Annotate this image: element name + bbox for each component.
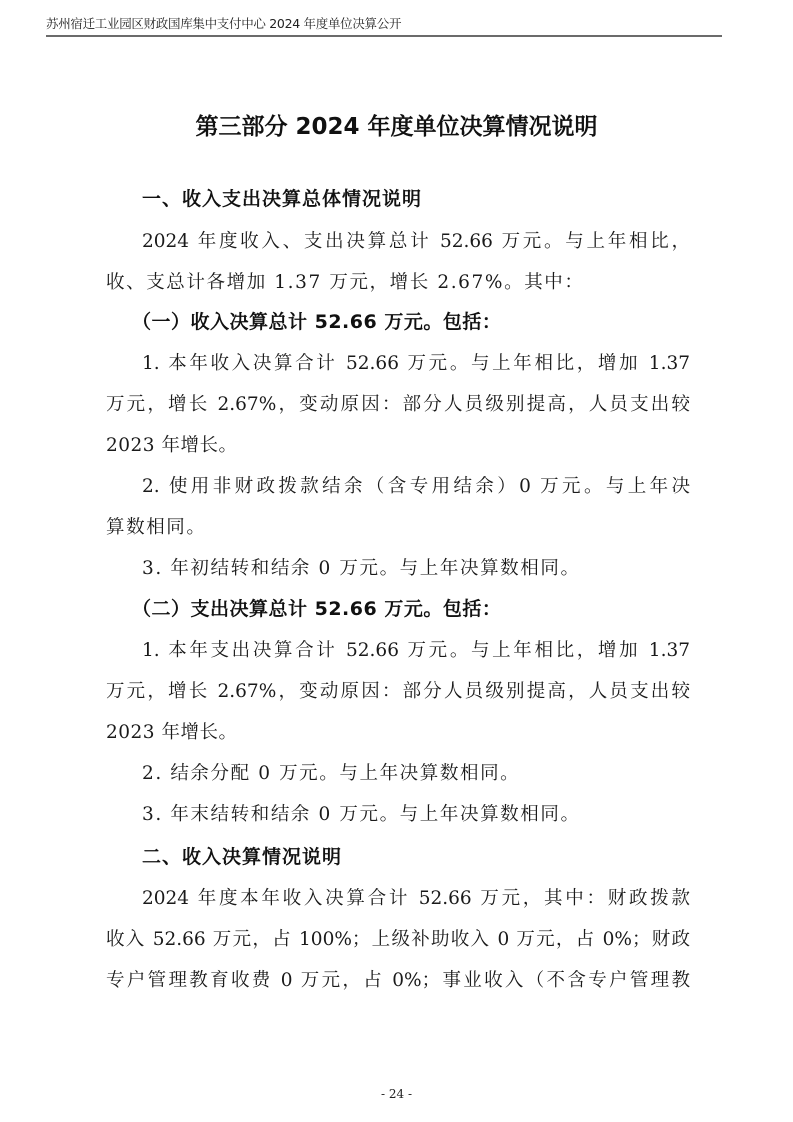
paragraph-line: 1. 本年支出决算合计 52.66 万元。与上年相比，增加 1.37 (142, 636, 690, 662)
subsection-heading-expenditure: （二）支出决算总计 52.66 万元。包括： (132, 594, 501, 621)
subsection-heading-income: （一）收入决算总计 52.66 万元。包括： (132, 307, 501, 334)
paragraph-line: 3. 年末结转和结余 0 万元。与上年决算数相同。 (142, 800, 581, 826)
page-number: - 24 - (0, 1087, 793, 1101)
paragraph-line: 2024 年度本年收入决算合计 52.66 万元，其中：财政拨款 (142, 884, 690, 910)
paragraph-line: 万元，增长 2.67%，变动原因：部分人员级别提高，人员支出较 (106, 677, 690, 703)
paragraph-line: 收入 52.66 万元，占 100%；上级补助收入 0 万元，占 0%；财政 (106, 925, 690, 951)
paragraph-line: 万元，增长 2.67%，变动原因：部分人员级别提高，人员支出较 (106, 390, 690, 416)
paragraph-line: 2. 结余分配 0 万元。与上年决算数相同。 (142, 759, 520, 785)
paragraph-line: 收、支总计各增加 1.37 万元，增长 2.67%。其中： (106, 268, 585, 294)
paragraph-line: 1. 本年收入决算合计 52.66 万元。与上年相比，增加 1.37 (142, 349, 690, 375)
paragraph-line: 专户管理教育收费 0 万元，占 0%；事业收入（不含专户管理教 (106, 966, 690, 992)
paragraph-line: 2023 年增长。 (106, 718, 237, 744)
section-heading-2: 二、收入决算情况说明 (142, 842, 342, 869)
paragraph-line: 2024 年度收入、支出决算总计 52.66 万元。与上年相比， (142, 227, 690, 253)
running-header: 苏州宿迁工业园区财政国库集中支付中心 2024 年度单位决算公开 (46, 14, 401, 32)
header-rule (46, 35, 722, 37)
paragraph-line: 3. 年初结转和结余 0 万元。与上年决算数相同。 (142, 554, 581, 580)
paragraph-line: 2. 使用非财政拨款结余（含专用结余）0 万元。与上年决 (142, 472, 690, 498)
page-title: 第三部分 2024 年度单位决算情况说明 (0, 108, 793, 141)
paragraph-line: 算数相同。 (106, 513, 207, 539)
paragraph-line: 2023 年增长。 (106, 431, 237, 457)
section-heading-1: 一、收入支出决算总体情况说明 (142, 184, 422, 211)
